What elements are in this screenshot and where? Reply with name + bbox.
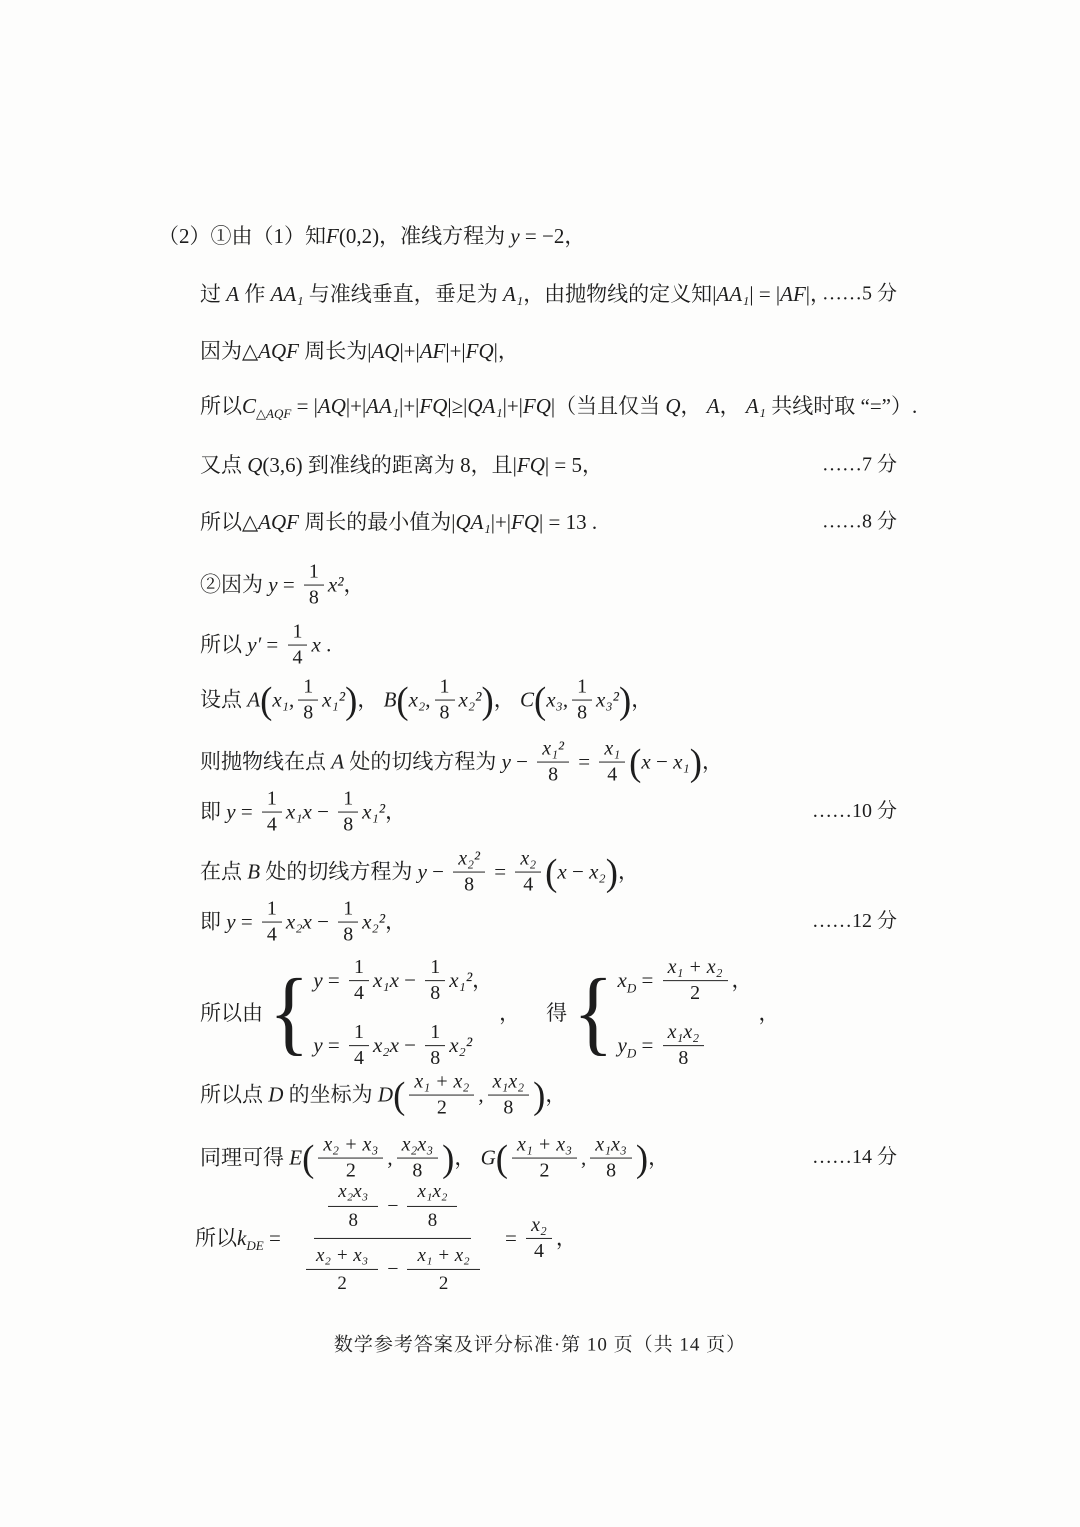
math-fraction: 18 (298, 676, 318, 725)
math-text: （2）①由（1）知 (158, 222, 326, 250)
math-fraction: x₂ + x₃2 (306, 1242, 378, 1299)
math-text: A (331, 748, 344, 776)
math-fraction: 14 (288, 621, 308, 670)
math-paren: ( (260, 684, 272, 717)
fraction-numerator: 1 (425, 956, 445, 981)
math-subscript: D (627, 1045, 636, 1060)
math-text: y (418, 858, 427, 886)
math-text: 又点 (200, 451, 247, 479)
math-text: x₁ (673, 748, 690, 776)
fraction-denominator: 4 (262, 923, 282, 947)
content-line: 在点 B 处的切线方程为 y − x₂²8 = x₂4(x − x₂)， (0, 848, 1080, 897)
math-fraction: x₁x₂8 (663, 1021, 705, 1070)
math-text: QA₁ (455, 508, 490, 536)
fraction-denominator: 8 (338, 923, 358, 947)
math-text: = (236, 798, 258, 826)
math-text: , (289, 686, 294, 714)
math-text: | = 5， (545, 451, 603, 479)
math-text: y (313, 966, 322, 994)
content-line: 则抛物线在点 A 处的切线方程为 y − x₁²8 = x₁4(x − x₁)， (0, 738, 1080, 787)
math-text: y (502, 748, 511, 776)
math-text: B (384, 686, 397, 714)
math-text: 所以△ (200, 508, 258, 536)
math-text: = (636, 966, 658, 994)
cases-row: y = 14x₁x − 18x₁²， (313, 956, 493, 1005)
math-fraction: x₂4 (526, 1214, 552, 1263)
math-text: 周长的最小值为 (299, 508, 451, 536)
math-text: QA₁ (467, 392, 502, 420)
math-text: x₂ (589, 858, 606, 886)
math-text: x₁ (272, 686, 289, 714)
math-text: y (313, 1031, 322, 1059)
math-text: 得 (546, 999, 567, 1027)
math-text: 与准线垂直，垂足为 (304, 280, 504, 308)
math-text: AF (780, 280, 806, 308)
fraction-numerator: 1 (304, 561, 324, 586)
fraction-denominator: 8 (304, 586, 324, 610)
math-text: | = 13 . (539, 508, 597, 536)
math-text: ，由抛物线的定义知 (523, 280, 712, 308)
math-text: = (264, 1224, 286, 1252)
math-fraction: x₁4 (599, 738, 625, 787)
fraction-numerator: 1 (262, 898, 282, 923)
math-text: x₁x (286, 798, 312, 826)
math-text: = | (291, 392, 318, 420)
fraction-denominator: 4 (349, 1046, 369, 1070)
math-text: x₁x (373, 966, 399, 994)
content-line: ②因为 y = 18x²， (0, 561, 1080, 610)
math-text: = (500, 1224, 522, 1252)
score-mark: ……12 分 (812, 909, 897, 936)
math-text: ， (556, 1224, 577, 1252)
math-text: − (511, 748, 533, 776)
math-text: , (563, 686, 568, 714)
content-line: （2）①由（1）知F(0,2)，准线方程为 y = −2， (0, 222, 1080, 250)
math-fraction: x₁ + x₂2 (663, 956, 728, 1005)
math-text: AQ (371, 337, 399, 365)
math-text: 处的切线方程为 (260, 858, 418, 886)
math-text: ， (618, 858, 639, 886)
math-text: |（当且仅当 (551, 392, 665, 420)
math-text: AQF (258, 508, 299, 536)
math-paren: ) (619, 684, 631, 717)
math-subscript: △AQF (256, 406, 291, 421)
math-text: (0,2) (339, 222, 379, 250)
math-paren: ( (393, 1079, 405, 1112)
content-line: 所以C△AQF = |AQ|+|AA₁|+|FQ|≥|QA₁|+|FQ|（当且仅… (0, 392, 1080, 420)
math-fraction: x₂²8 (453, 848, 485, 897)
math-text: ， (720, 392, 746, 420)
math-text: x₂² (459, 686, 482, 714)
fraction-denominator: 2 (327, 1270, 356, 1298)
fraction-denominator: 8 (425, 1046, 445, 1070)
math-text: , (425, 686, 430, 714)
math-text: , (478, 1081, 483, 1109)
fraction-denominator: 8 (298, 701, 318, 725)
math-text: x₃² (596, 686, 619, 714)
fraction-denominator: 4 (518, 873, 538, 897)
math-paren: ( (545, 856, 557, 889)
math-text: |+| (503, 392, 523, 420)
fraction-numerator: 1 (288, 621, 308, 646)
math-text: 因为△ (200, 337, 258, 365)
fraction-numerator: x₂x₃8 − x₁x₂8 (314, 1175, 471, 1239)
math-fraction: x₁x₂8 (407, 1178, 457, 1235)
math-text: 即 (200, 798, 226, 826)
math-text: |+| (399, 337, 419, 365)
math-text: A (707, 392, 720, 420)
math-text: = (278, 571, 300, 599)
math-cases: {xD = x₁ + x₂2，yD = x₁x₂8 (573, 956, 752, 1070)
cases-rows: xD = x₁ + x₂2，yD = x₁x₂8 (617, 956, 752, 1070)
cases-row: xD = x₁ + x₂2， (617, 956, 752, 1005)
math-text: E (289, 1144, 302, 1172)
content-line: 所以 y′ = 14x . (0, 621, 1080, 670)
math-text: 作 (239, 280, 271, 308)
fraction-numerator: x₁² (537, 738, 569, 763)
math-text: y (226, 798, 235, 826)
math-text: |， (494, 337, 519, 365)
math-fraction: 14 (349, 956, 369, 1005)
fraction-denominator: 4 (349, 981, 369, 1005)
math-text: 同理可得 (200, 1144, 289, 1172)
math-text: FQ (466, 337, 494, 365)
fraction-numerator: x₁x₃ (590, 1134, 632, 1159)
math-text: y (226, 908, 235, 936)
math-text: Q (247, 451, 262, 479)
score-mark: ……7 分 (822, 452, 897, 479)
fraction-numerator: x₁x₂ (407, 1178, 457, 1207)
math-paren: ( (302, 1142, 314, 1175)
fraction-denominator: 8 (339, 1207, 368, 1235)
fraction-numerator: x₂ (526, 1214, 552, 1239)
math-text: yD (617, 1031, 636, 1059)
math-text: = (573, 748, 595, 776)
math-text: = −2， (520, 222, 586, 250)
fraction-numerator: 1 (262, 788, 282, 813)
math-text: ，准线方程为 (379, 222, 510, 250)
math-text: ， (545, 1081, 566, 1109)
math-text: ， (472, 966, 493, 994)
math-fraction: 18 (338, 898, 358, 947)
math-text: ， (499, 999, 520, 1027)
math-paren: ( (396, 684, 408, 717)
fraction-denominator: 8 (425, 981, 445, 1005)
math-text: ， (357, 686, 383, 714)
math-fraction: 14 (262, 788, 282, 837)
math-text: x₁² (362, 798, 385, 826)
math-text: − (382, 1258, 403, 1281)
math-text: 则抛物线在点 (200, 748, 331, 776)
math-cases: {y = 14x₁x − 18x₁²，y = 14x₂x − 18x₂² (269, 956, 493, 1070)
fraction-denominator: x₂ + x₃2 − x₁ + x₂2 (292, 1239, 494, 1302)
fraction-numerator: x₂x₃ (397, 1134, 439, 1159)
math-text: AF (420, 337, 446, 365)
math-paren: ) (533, 1079, 545, 1112)
cases-row: y = 14x₂x − 18x₂² (313, 1021, 472, 1070)
cases-rows: y = 14x₁x − 18x₁²，y = 14x₂x − 18x₂² (313, 956, 493, 1070)
fraction-numerator: 1 (425, 1021, 445, 1046)
math-paren: ) (345, 684, 357, 717)
content-line: 即 y = 14x₁x − 18x₁²，……10 分 (0, 788, 1080, 837)
math-text: x₂x (373, 1031, 399, 1059)
math-paren: ) (606, 856, 618, 889)
math-text: Q (665, 392, 680, 420)
score-mark: ……5 分 (822, 281, 897, 308)
math-text: − (651, 748, 673, 776)
math-text: = (261, 631, 283, 659)
math-text: , (581, 1144, 586, 1172)
math-fraction: x₁x₂8 (488, 1071, 530, 1120)
math-text: A₁ (503, 280, 523, 308)
fraction-numerator: x₁ + x₂ (663, 956, 728, 981)
math-text: |+| (445, 337, 465, 365)
math-text: ， (702, 748, 723, 776)
math-text: ， (759, 999, 780, 1027)
content-line: 所以kDE = x₂x₃8 − x₁x₂8x₂ + x₃2 − x₁ + x₂2… (0, 1175, 1080, 1301)
math-text: x₂ (409, 686, 426, 714)
math-text: ， (385, 908, 406, 936)
fraction-numerator: 1 (572, 676, 592, 701)
math-text: 设点 (200, 686, 247, 714)
math-text: ， (631, 686, 652, 714)
math-paren: ) (690, 746, 702, 779)
math-fraction: 18 (304, 561, 324, 610)
math-paren: ( (534, 684, 546, 717)
math-text: 过 (200, 280, 226, 308)
math-text: y′ (247, 631, 261, 659)
math-paren: ) (636, 1142, 648, 1175)
math-text: = (323, 966, 345, 994)
cases-row: yD = x₁x₂8 (617, 1021, 708, 1070)
math-text: x² (328, 571, 344, 599)
math-paren: ) (481, 684, 493, 717)
content-line: 所以点 D 的坐标为 D(x₁ + x₂2,x₁x₂8)， (0, 1071, 1080, 1120)
math-paren: ( (629, 746, 641, 779)
math-text: (3,6) (262, 451, 302, 479)
content-line: 又点 Q(3,6) 到准线的距离为 8，且|FQ| = 5，……7 分 (0, 451, 1080, 479)
math-text: . (321, 631, 332, 659)
fraction-denominator: 8 (435, 701, 455, 725)
math-subscript: DE (246, 1238, 263, 1253)
math-fraction: x₂x₃8 (328, 1178, 378, 1235)
math-text: C△AQF (242, 392, 291, 420)
math-text: − (312, 908, 334, 936)
math-text: 所以 (195, 1224, 237, 1252)
math-text: xD (617, 966, 636, 994)
math-text: x (557, 858, 566, 886)
content-line: 过 A 作 AA₁ 与准线垂直，垂足为 A₁，由抛物线的定义知|AA₁| = |… (0, 280, 1080, 308)
math-text: FQ (419, 392, 447, 420)
math-text: 处的切线方程为 (344, 748, 502, 776)
fraction-numerator: 1 (338, 898, 358, 923)
math-text: |+| (491, 508, 511, 536)
math-text: 的坐标为 (283, 1081, 378, 1109)
math-text: y (268, 571, 277, 599)
math-text: ， (732, 966, 753, 994)
fraction-denominator: 4 (529, 1239, 549, 1263)
math-text: 所以 (200, 631, 247, 659)
math-text: 所以由 (200, 999, 263, 1027)
fraction-denominator: 8 (338, 813, 358, 837)
math-text: x₂² (449, 1031, 472, 1059)
math-fraction: 18 (435, 676, 455, 725)
math-text: FQ (511, 508, 539, 536)
math-text: = (489, 858, 511, 886)
math-text: |+| (346, 392, 366, 420)
math-text: B (247, 858, 260, 886)
fraction-denominator: 8 (418, 1207, 447, 1235)
fraction-denominator: 2 (432, 1096, 452, 1120)
score-mark: ……10 分 (812, 799, 897, 826)
math-text: D (378, 1081, 393, 1109)
math-fraction: x₂4 (515, 848, 541, 897)
fraction-denominator: 2 (685, 981, 705, 1005)
math-text: FQ (523, 392, 551, 420)
math-text: 共线时取 “=”）. (766, 392, 917, 420)
math-text: | = | (749, 280, 780, 308)
score-mark: ……8 分 (822, 509, 897, 536)
math-text: x (311, 631, 320, 659)
fraction-denominator: 8 (572, 701, 592, 725)
fraction-numerator: 1 (349, 956, 369, 981)
fraction-numerator: 1 (349, 1021, 369, 1046)
fraction-denominator: 2 (429, 1270, 458, 1298)
score-mark: ……14 分 (812, 1145, 897, 1172)
content-line: 所以由{y = 14x₁x − 18x₁²，y = 14x₂x − 18x₂²，… (0, 956, 1080, 1070)
content-line: 即 y = 14x₂x − 18x₂²，……12 分 (0, 898, 1080, 947)
math-subscript: D (627, 981, 636, 996)
math-text: C (520, 686, 534, 714)
fraction-denominator: 8 (498, 1096, 518, 1120)
math-text: A (226, 280, 239, 308)
fraction-numerator: x₁x₂ (488, 1071, 530, 1096)
math-fraction: 18 (572, 676, 592, 725)
content-line: 设点 A(x₁,18x₁²)， B(x₂,18x₂²)， C(x₃,18x₃²)… (0, 676, 1080, 725)
math-fraction: 14 (349, 1021, 369, 1070)
math-fraction: 18 (425, 1021, 445, 1070)
math-text: ， (494, 686, 520, 714)
math-text: x₂² (362, 908, 385, 936)
fraction-numerator: 1 (338, 788, 358, 813)
math-fraction: 18 (425, 956, 445, 1005)
math-text: 所以点 (200, 1081, 268, 1109)
math-text: x₃ (546, 686, 563, 714)
math-paren: ) (442, 1142, 454, 1175)
fraction-numerator: x₁ + x₂ (409, 1071, 474, 1096)
fraction-numerator: x₁x₂ (663, 1021, 705, 1046)
math-text: AQF (258, 337, 299, 365)
math-text: − (427, 858, 449, 886)
math-text: − (382, 1195, 403, 1218)
fraction-numerator: 1 (435, 676, 455, 701)
math-text: = (636, 1031, 658, 1059)
math-text: G (481, 1144, 496, 1172)
math-fraction: 18 (338, 788, 358, 837)
math-text: |≥| (447, 392, 467, 420)
fraction-denominator: 8 (673, 1046, 693, 1070)
math-text: AA₁ (271, 280, 304, 308)
math-text: AQ (318, 392, 346, 420)
math-fraction: x₁ + x₂2 (407, 1242, 479, 1299)
math-text: = (236, 908, 258, 936)
math-text: , (387, 1144, 392, 1172)
math-text: ， (648, 1144, 669, 1172)
fraction-numerator: x₁ (599, 738, 625, 763)
math-text: x₁² (449, 966, 472, 994)
math-text: 即 (200, 908, 226, 936)
math-text: x (641, 748, 650, 776)
fraction-numerator: x₂ (515, 848, 541, 873)
math-text: − (312, 798, 334, 826)
fraction-numerator: x₂ + x₃ (306, 1242, 378, 1271)
math-text: D (268, 1081, 283, 1109)
math-text: ， (344, 571, 365, 599)
fraction-numerator: 1 (298, 676, 318, 701)
math-text: x₂x (286, 908, 312, 936)
math-text: kDE (237, 1224, 264, 1252)
fraction-denominator: 8 (543, 763, 563, 787)
exam-answer-sheet: （2）①由（1）知F(0,2)，准线方程为 y = −2，过 A 作 AA₁ 与… (0, 0, 1080, 1527)
math-text: ， (454, 1144, 480, 1172)
math-text: ②因为 (200, 571, 268, 599)
math-text: ， (385, 798, 406, 826)
math-big-fraction: x₂x₃8 − x₁x₂8x₂ + x₃2 − x₁ + x₂2 (292, 1175, 494, 1301)
page-footer: 数学参考答案及评分标准·第 10 页（共 14 页） (0, 1330, 1080, 1357)
math-text: AA₁ (716, 280, 749, 308)
math-text: 所以 (200, 392, 242, 420)
fraction-denominator: 8 (459, 873, 479, 897)
fraction-numerator: x₁ + x₂ (407, 1242, 479, 1271)
math-fraction: x₁²8 (537, 738, 569, 787)
math-text: AA₁ (366, 392, 399, 420)
math-text: 在点 (200, 858, 247, 886)
content-line: 因为△AQF 周长为|AQ|+|AF|+|FQ|， (0, 337, 1080, 365)
fraction-denominator: 4 (288, 646, 308, 670)
math-text: − (399, 1031, 421, 1059)
content-line: 所以△AQF 周长的最小值为|QA₁|+|FQ| = 13 .……8 分 (0, 508, 1080, 536)
fraction-denominator: 4 (262, 813, 282, 837)
math-text: 到准线的距离为 8，且 (303, 451, 513, 479)
math-text: x₁² (322, 686, 345, 714)
fraction-numerator: x₂² (453, 848, 485, 873)
math-text: F (326, 222, 339, 250)
math-text: ， (681, 392, 707, 420)
math-text: A (247, 686, 260, 714)
math-text: − (567, 858, 589, 886)
math-text: = (323, 1031, 345, 1059)
fraction-numerator: x₂ + x₃ (318, 1134, 383, 1159)
math-text: A₁ (746, 392, 766, 420)
math-paren: ( (496, 1142, 508, 1175)
fraction-numerator: x₁ + x₃ (512, 1134, 577, 1159)
math-text: |+| (399, 392, 419, 420)
math-text: 周长为 (299, 337, 367, 365)
math-fraction: 14 (262, 898, 282, 947)
math-text: y (510, 222, 519, 250)
math-text: FQ (517, 451, 545, 479)
math-text: − (399, 966, 421, 994)
fraction-numerator: x₂x₃ (328, 1178, 378, 1207)
math-fraction: x₁ + x₂2 (409, 1071, 474, 1120)
fraction-denominator: 4 (602, 763, 622, 787)
